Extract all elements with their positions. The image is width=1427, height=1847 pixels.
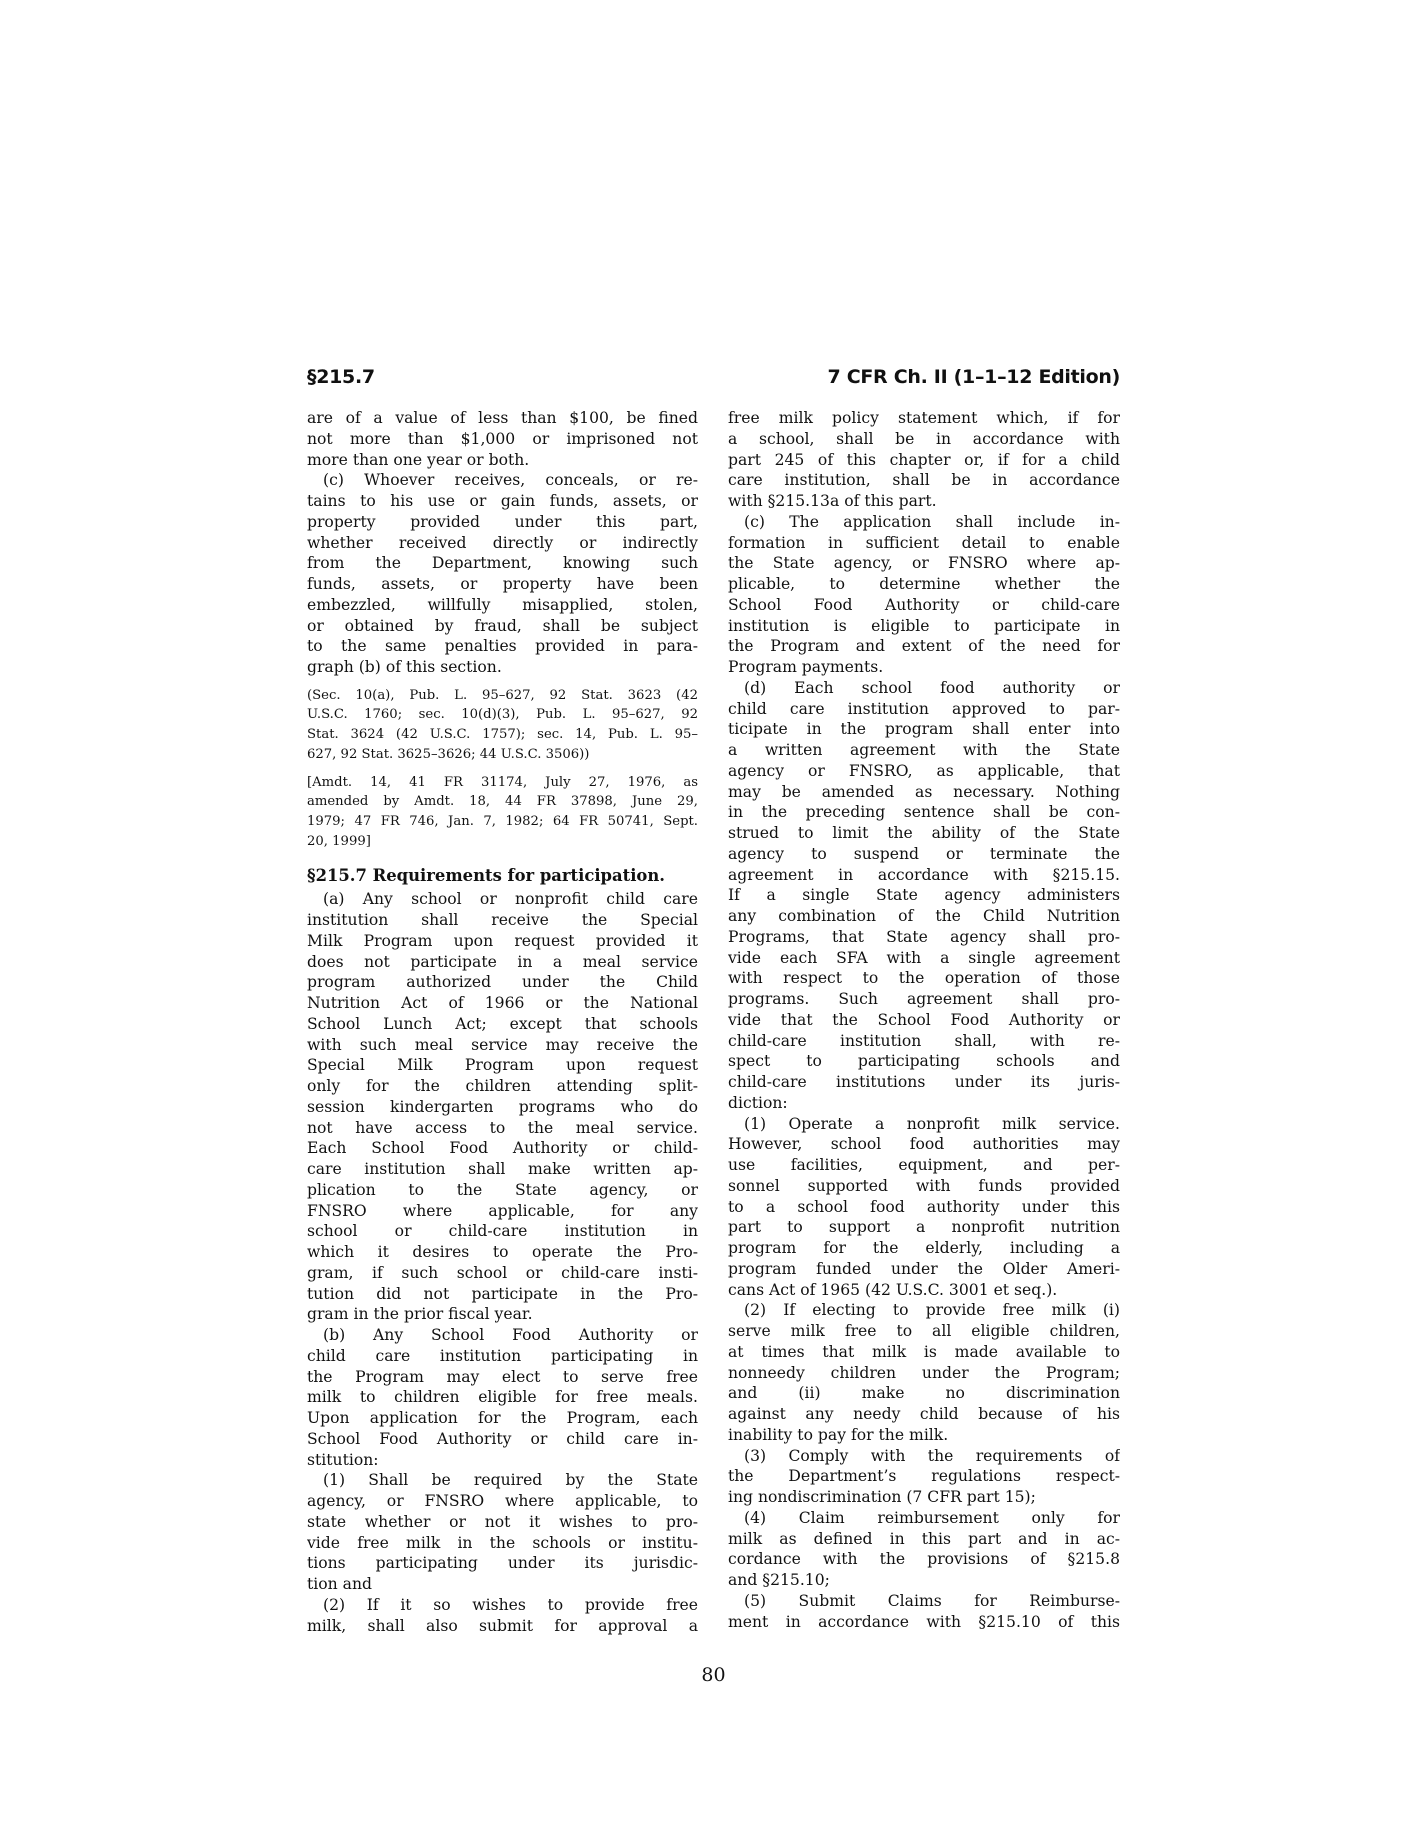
text-line: the Department’s regulations respect- <box>728 1466 1120 1487</box>
text-line: school or child-care institution in <box>307 1221 698 1242</box>
running-head-publication: 7 CFR Ch. II (1–1–12 Edition) <box>828 366 1121 388</box>
text-line: formation in sufficient detail to enable <box>728 533 1120 554</box>
citation-line: amended by Amdt. 18, 44 FR 37898, June 2… <box>307 792 698 812</box>
text-line: institution is eligible to participate i… <box>728 616 1120 637</box>
text-line: free milk policy statement which, if for <box>728 408 1120 429</box>
text-line: programs. Such agreement shall pro- <box>728 989 1120 1010</box>
text-line: child care institution participating in <box>307 1346 698 1367</box>
citation-line: 627, 92 Stat. 3625–3626; 44 U.S.C. 3506)… <box>307 745 698 765</box>
authority-citation: (Sec. 10(a), Pub. L. 95–627, 92 Stat. 36… <box>307 686 698 765</box>
text-line: a written agreement with the State <box>728 740 1120 761</box>
text-line: at times that milk is made available to <box>728 1342 1120 1363</box>
text-line: child-care institutions under its juris- <box>728 1072 1120 1093</box>
left-column: are of a value of less than $100, be fin… <box>307 408 698 1636</box>
text-line: program for the elderly, including a <box>728 1238 1120 1259</box>
text-line: School Food Authority or child care in- <box>307 1429 698 1450</box>
paragraph-b2: (2) If it so wishes to provide free milk… <box>307 1595 698 1637</box>
text-line: only for the children attending split- <box>307 1076 698 1097</box>
paragraph-c-application: (c) The application shall include in- fo… <box>728 512 1120 678</box>
text-line: tains to his use or gain funds, assets, … <box>307 491 698 512</box>
text-line: (2) If electing to provide free milk (i) <box>728 1300 1120 1321</box>
text-line: (c) Whoever receives, conceals, or re- <box>307 470 698 491</box>
text-line: However, school food authorities may <box>728 1134 1120 1155</box>
paragraph-b-continuation: are of a value of less than $100, be fin… <box>307 408 698 470</box>
text-line: ment in accordance with §215.10 of this <box>728 1612 1120 1633</box>
text-line: (c) The application shall include in- <box>728 512 1120 533</box>
text-line: embezzled, willfully misapplied, stolen, <box>307 595 698 616</box>
text-line: care institution shall make written ap- <box>307 1159 698 1180</box>
paragraph-b: (b) Any School Food Authority or child c… <box>307 1325 698 1470</box>
text-line: milk, shall also submit for approval a <box>307 1616 698 1637</box>
right-column: free milk policy statement which, if for… <box>728 408 1120 1632</box>
text-line: stitution: <box>307 1450 698 1471</box>
text-line: in the preceding sentence shall be con- <box>728 802 1120 823</box>
citation-line: 20, 1999] <box>307 832 698 852</box>
text-line: (d) Each school food authority or <box>728 678 1120 699</box>
text-line: (1) Shall be required by the State <box>307 1470 698 1491</box>
text-line: Nutrition Act of 1966 or the National <box>307 993 698 1014</box>
text-line: against any needy child because of his <box>728 1404 1120 1425</box>
text-line: with respect to the operation of those <box>728 968 1120 989</box>
text-line: which it desires to operate the Pro- <box>307 1242 698 1263</box>
text-line: (3) Comply with the requirements of <box>728 1446 1120 1467</box>
citation-line: (Sec. 10(a), Pub. L. 95–627, 92 Stat. 36… <box>307 686 698 706</box>
text-line: part 245 of this chapter or, if for a ch… <box>728 450 1120 471</box>
text-line: Special Milk Program upon request <box>307 1055 698 1076</box>
text-line: and (ii) make no discrimination <box>728 1383 1120 1404</box>
text-line: whether received directly or indirectly <box>307 533 698 554</box>
text-line: child care institution approved to par- <box>728 699 1120 720</box>
paragraph-b2-continuation: free milk policy statement which, if for… <box>728 408 1120 512</box>
text-line: ing nondiscrimination (7 CFR part 15); <box>728 1487 1120 1508</box>
text-line: If a single State agency administers <box>728 885 1120 906</box>
text-line: more than one year or both. <box>307 450 698 471</box>
text-line: does not participate in a meal service <box>307 952 698 973</box>
paragraph-d4: (4) Claim reimbursement only for milk as… <box>728 1508 1120 1591</box>
text-line: agency, or FNSRO where applicable, to <box>307 1491 698 1512</box>
citation-line: 1979; 47 FR 746, Jan. 7, 1982; 64 FR 507… <box>307 812 698 832</box>
text-line: property provided under this part, <box>307 512 698 533</box>
text-line: program authorized under the Child <box>307 972 698 993</box>
spacer <box>307 765 698 773</box>
text-line: (2) If it so wishes to provide free <box>307 1595 698 1616</box>
text-line: any combination of the Child Nutrition <box>728 906 1120 927</box>
text-line: use facilities, equipment, and per- <box>728 1155 1120 1176</box>
text-line: plication to the State agency, or <box>307 1180 698 1201</box>
text-line: graph (b) of this section. <box>307 657 698 678</box>
text-line: institution shall receive the Special <box>307 910 698 931</box>
running-head-section: §215.7 <box>307 366 375 388</box>
text-line: agency or FNSRO, as applicable, that <box>728 761 1120 782</box>
text-line: gram, if such school or child-care insti… <box>307 1263 698 1284</box>
text-line: Program payments. <box>728 657 1120 678</box>
text-line: state whether or not it wishes to pro- <box>307 1512 698 1533</box>
citation-line: [Amdt. 14, 41 FR 31174, July 27, 1976, a… <box>307 773 698 793</box>
text-line: care institution, shall be in accordance <box>728 470 1120 491</box>
text-line: vide that the School Food Authority or <box>728 1010 1120 1031</box>
text-line: (1) Operate a nonprofit milk service. <box>728 1114 1120 1135</box>
text-line: School Lunch Act; except that schools <box>307 1014 698 1035</box>
paragraph-d2: (2) If electing to provide free milk (i)… <box>728 1300 1120 1445</box>
text-line: Programs, that State agency shall pro- <box>728 927 1120 948</box>
text-line: gram in the prior fiscal year. <box>307 1304 698 1325</box>
section-heading: §215.7 Requirements for participation. <box>307 863 698 889</box>
page-number: 80 <box>0 1664 1427 1686</box>
text-line: serve milk free to all eligible children… <box>728 1321 1120 1342</box>
text-line: vide each SFA with a single agreement <box>728 948 1120 969</box>
text-line: agency to suspend or terminate the <box>728 844 1120 865</box>
text-line: spect to participating schools and <box>728 1051 1120 1072</box>
text-line: a school, shall be in accordance with <box>728 429 1120 450</box>
text-line: tion and <box>307 1574 698 1595</box>
text-line: nonneedy children under the Program; <box>728 1363 1120 1384</box>
text-line: not more than $1,000 or imprisoned not <box>307 429 698 450</box>
paragraph-d1: (1) Operate a nonprofit milk service. Ho… <box>728 1114 1120 1301</box>
paragraph-d3: (3) Comply with the requirements of the … <box>728 1446 1120 1508</box>
text-line: or obtained by fraud, shall be subject <box>307 616 698 637</box>
text-line: and §215.10; <box>728 1570 1120 1591</box>
spacer <box>307 678 698 686</box>
text-line: not have access to the meal service. <box>307 1118 698 1139</box>
text-line: diction: <box>728 1093 1120 1114</box>
text-line: the Program and extent of the need for <box>728 636 1120 657</box>
text-line: (a) Any school or nonprofit child care <box>307 889 698 910</box>
text-line: inability to pay for the milk. <box>728 1425 1120 1446</box>
document-page: §215.7 7 CFR Ch. II (1–1–12 Edition) are… <box>0 0 1427 1847</box>
text-line: ticipate in the program shall enter into <box>728 719 1120 740</box>
text-line: (b) Any School Food Authority or <box>307 1325 698 1346</box>
text-line: part to support a nonprofit nutrition <box>728 1217 1120 1238</box>
text-line: Each School Food Authority or child- <box>307 1138 698 1159</box>
text-line: may be amended as necessary. Nothing <box>728 782 1120 803</box>
text-line: the State agency, or FNSRO where ap- <box>728 553 1120 574</box>
paragraph-a: (a) Any school or nonprofit child care i… <box>307 889 698 1325</box>
text-line: strued to limit the ability of the State <box>728 823 1120 844</box>
text-line: sonnel supported with funds provided <box>728 1176 1120 1197</box>
text-line: tions participating under its jurisdic- <box>307 1553 698 1574</box>
text-line: milk to children eligible for free meals… <box>307 1387 698 1408</box>
text-line: Upon application for the Program, each <box>307 1408 698 1429</box>
text-line: funds, assets, or property have been <box>307 574 698 595</box>
text-line: milk as defined in this part and in ac- <box>728 1529 1120 1550</box>
paragraph-b1: (1) Shall be required by the State agenc… <box>307 1470 698 1595</box>
text-line: the Program may elect to serve free <box>307 1367 698 1388</box>
text-line: from the Department, knowing such <box>307 553 698 574</box>
text-line: vide free milk in the schools or institu… <box>307 1533 698 1554</box>
paragraph-c: (c) Whoever receives, conceals, or re- t… <box>307 470 698 678</box>
paragraph-d: (d) Each school food authority or child … <box>728 678 1120 1114</box>
text-line: tution did not participate in the Pro- <box>307 1284 698 1305</box>
text-line: (4) Claim reimbursement only for <box>728 1508 1120 1529</box>
text-line: to the same penalties provided in para- <box>307 636 698 657</box>
text-line: with such meal service may receive the <box>307 1035 698 1056</box>
paragraph-d5: (5) Submit Claims for Reimburse- ment in… <box>728 1591 1120 1633</box>
text-line: plicable, to determine whether the <box>728 574 1120 595</box>
text-line: are of a value of less than $100, be fin… <box>307 408 698 429</box>
text-line: session kindergarten programs who do <box>307 1097 698 1118</box>
amendment-history: [Amdt. 14, 41 FR 31174, July 27, 1976, a… <box>307 773 698 852</box>
citation-line: U.S.C. 1760; sec. 10(d)(3), Pub. L. 95–6… <box>307 705 698 725</box>
text-line: School Food Authority or child-care <box>728 595 1120 616</box>
text-line: Milk Program upon request provided it <box>307 931 698 952</box>
text-line: cordance with the provisions of §215.8 <box>728 1549 1120 1570</box>
text-line: to a school food authority under this <box>728 1197 1120 1218</box>
text-line: agreement in accordance with §215.15. <box>728 865 1120 886</box>
text-line: program funded under the Older Ameri- <box>728 1259 1120 1280</box>
text-line: with §215.13a of this part. <box>728 491 1120 512</box>
text-line: cans Act of 1965 (42 U.S.C. 3001 et seq.… <box>728 1280 1120 1301</box>
spacer <box>307 851 698 863</box>
citation-line: Stat. 3624 (42 U.S.C. 1757); sec. 14, Pu… <box>307 725 698 745</box>
text-line: FNSRO where applicable, for any <box>307 1201 698 1222</box>
text-line: (5) Submit Claims for Reimburse- <box>728 1591 1120 1612</box>
text-line: child-care institution shall, with re- <box>728 1031 1120 1052</box>
